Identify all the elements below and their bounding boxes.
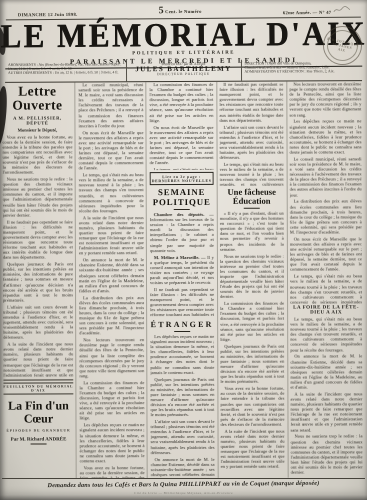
letter-salutation: Monsieur le Député, [2, 127, 72, 132]
price-text: Cent. le Numéro [165, 9, 202, 14]
column-2-body: Le conseil municipal, réuni samedi soir … [78, 82, 144, 478]
letter-body: Vous avez eu la bonne fortune, au cours … [2, 134, 73, 376]
scan-bottom-shadow [0, 495, 367, 500]
advertisement-banner: Demandez dans tous les Cafés et Bars la … [0, 479, 367, 489]
section-rule [174, 330, 190, 331]
section-title-etranger: ÉTRANGER [150, 320, 214, 329]
column-rule [286, 82, 288, 478]
editor-info: Fondé en 1837 par M. AUBIN JULES BARTHÉL… [125, 60, 240, 82]
column-4: Il ne faudrait pas cependant se faire il… [219, 82, 284, 478]
column-4-body: « Il n'y a pas d'enfant, disait un moral… [220, 211, 285, 473]
column-3: La commission des finances de la Chambre… [149, 82, 214, 478]
subscription-info: ABONNEMENTS : Aix (Bouches-du-Rhône), Va… [5, 60, 126, 82]
column-1: Lettre Ouverte A M. PELLISSIER, DÉPUTÉ M… [2, 82, 73, 478]
page-notice-box: Lire en 2e page : DERNIÈRES NOUVELLES [150, 172, 214, 185]
letter-dedication: A M. PELLISSIER, DÉPUTÉ [2, 115, 72, 125]
handwritten-mark [333, 6, 351, 14]
newspaper-title: LE MÉMORIAL D'AIX [0, 17, 367, 52]
feuilleton-block: FEUILLETON DU MÉMORIAL D'AIX La Fin d'un… [3, 379, 73, 445]
column-rule [74, 82, 76, 478]
section-rule [244, 207, 260, 208]
column-2: Le conseil municipal, réuni samedi soir … [78, 82, 144, 478]
etranger-body: Les dépêches reçues ce matin ne signalen… [150, 334, 215, 478]
publication-info-bar: ABONNEMENTS : Aix (Bouches-du-Rhône), Va… [5, 59, 362, 83]
article-title-lettre-ouverte: Lettre Ouverte [2, 84, 72, 112]
column-5: Nos lecteurs trouveront en deuxième page… [289, 81, 362, 477]
column-5-bottom-body: Le temps, qui s'était mis au beau vers l… [290, 316, 363, 476]
feuilleton-title: La Fin d'un Cœur [3, 399, 73, 425]
newspaper-page: BIBLIOTHÈQUE MÉJANES AIX DIMANCHE 12 Jui… [0, 0, 367, 500]
section-title-semaine-politique: SEMAINE POLITIQUE [150, 187, 214, 207]
feuilleton-rubric: FEUILLETON DU MÉMORIAL D'AIX [3, 382, 73, 394]
feuilleton-rule [31, 443, 47, 444]
section-rule [174, 208, 190, 209]
column-3-top-body: La commission des finances de la Chambre… [149, 82, 213, 170]
subhead-foire-fete-dieu: LA FOIRE DE LA FÊTE-DIEU A AIX [290, 305, 362, 315]
feuilleton-subtitle: ÉPISODES DE GRANDEUR [4, 428, 74, 432]
article-columns: Lettre Ouverte A M. PELLISSIER, DÉPUTÉ M… [0, 81, 367, 478]
price-number: 5 [159, 5, 164, 16]
column-4-top-body: Il ne faudrait pas cependant se faire il… [219, 82, 283, 186]
article-title-fâcheuse-education: Une fâcheuse Éducation [220, 188, 284, 206]
semaine-politique-body: Chambre des députés. — Informations sur … [150, 212, 214, 318]
feuilleton-byline: Par M. Richard ANDRÉE [4, 437, 74, 442]
column-rule [145, 82, 147, 478]
footer-rule [2, 478, 365, 479]
stamp-line: AIX [337, 47, 345, 53]
library-stamp-inner: BIBLIOTHÈQUE MÉJANES AIX [324, 27, 361, 64]
column-5-top-body: Nos lecteurs trouveront en deuxième page… [289, 81, 362, 303]
column-rule [216, 82, 218, 478]
editor-name: JULES BARTHÉLEMY [129, 67, 237, 72]
